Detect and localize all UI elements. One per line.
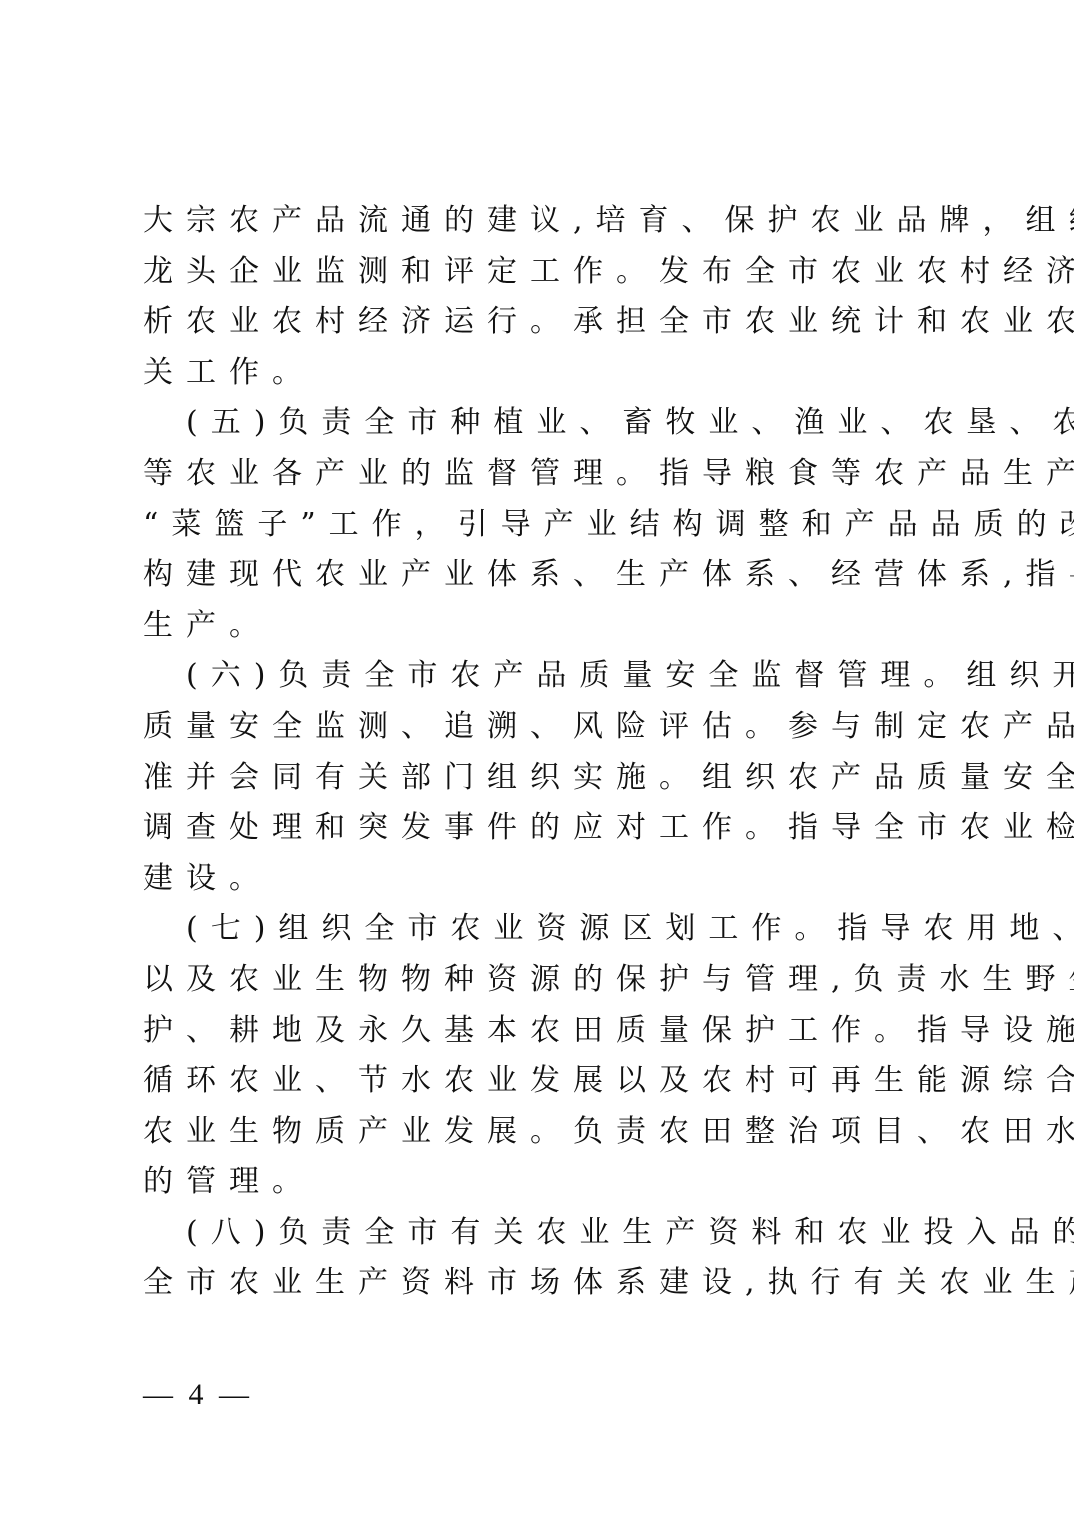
text-line: 析农业农村经济运行。承担全市农业统计和农业农村信息化有	[143, 297, 943, 348]
text-line: “菜篮子”工作，引导产业结构调整和产品品质的改善。组织	[143, 500, 943, 551]
text-line: 护、耕地及永久基本农田质量保护工作。指导设施农业、生态	[143, 1006, 943, 1057]
text-line: 龙头企业监测和评定工作。发布全市农业农村经济信息,监测分	[143, 247, 943, 298]
text-line: (八)负责全市有关农业生产资料和农业投入品的监督组织	[143, 1208, 943, 1259]
text-line: 调查处理和突发事件的应对工作。指导全市农业检验检测体系	[143, 803, 943, 854]
text-line: 农业生物质产业发展。负责农田整治项目、农田水利建设项目	[143, 1107, 943, 1158]
text-line: (六)负责全市农产品质量安全监督管理。组织开展农产品	[143, 651, 943, 702]
document-page: 大宗农产品流通的建议,培育、保护农业品牌，组织农业产业化 龙头企业监测和评定工作…	[0, 0, 1074, 1520]
text-line: 的管理。	[143, 1157, 943, 1208]
text-line: 质量安全监测、追溯、风险评估。参与制定农产品质量安全标	[143, 702, 943, 753]
text-line: 大宗农产品流通的建议,培育、保护农业品牌，组织农业产业化	[143, 196, 943, 247]
text-line: 全市农业生产资料市场体系建设,执行有关农业生产资料标准	[143, 1258, 943, 1309]
text-line: (七)组织全市农业资源区划工作。指导农用地、渔业水域	[143, 904, 943, 955]
text-line: 准并会同有关部门组织实施。组织农产品质量安全的重大事故	[143, 753, 943, 804]
text-line: 以及农业生物物种资源的保护与管理,负责水生野生动植物保	[143, 955, 943, 1006]
page-number: — 4 —	[143, 1378, 253, 1412]
body-text: 大宗农产品流通的建议,培育、保护农业品牌，组织农业产业化 龙头企业监测和评定工作…	[143, 196, 943, 1309]
text-line: 生产。	[143, 601, 943, 652]
text-line: 建设。	[143, 854, 943, 905]
text-line: (五)负责全市种植业、畜牧业、渔业、农垦、农业机械化	[143, 398, 943, 449]
text-line: 构建现代农业产业体系、生产体系、经营体系,指导农业标准化	[143, 550, 943, 601]
text-line: 循环农业、节水农业发展以及农村可再生能源综合开发利用、	[143, 1056, 943, 1107]
text-line: 关工作。	[143, 348, 943, 399]
text-line: 等农业各产业的监督管理。指导粮食等农产品生产，组织协调	[143, 449, 943, 500]
